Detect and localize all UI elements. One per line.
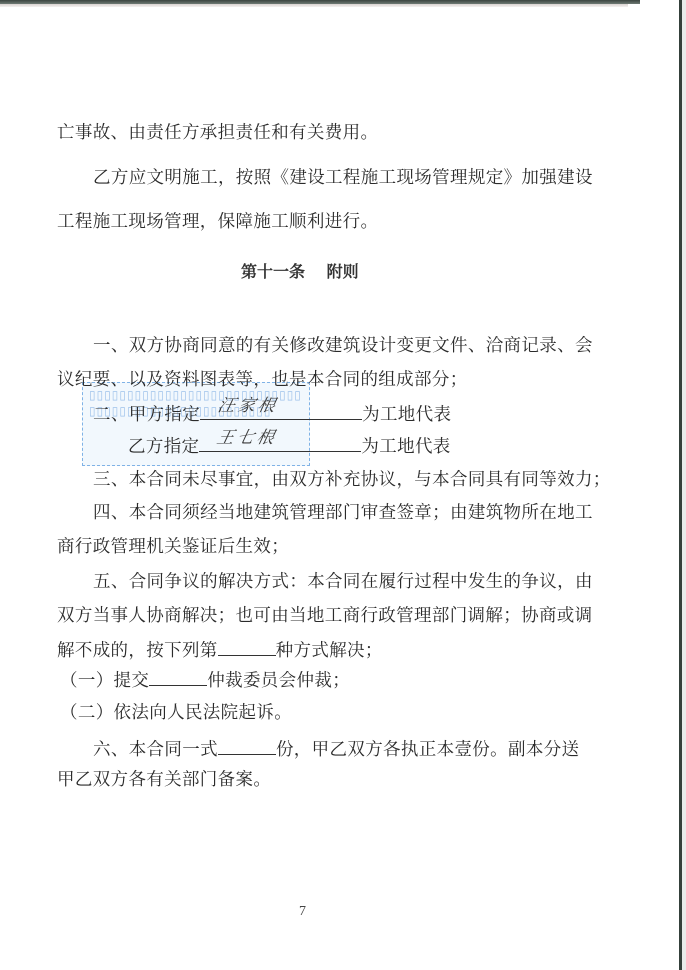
item-one-line2: 议纪要、以及资料图表等，也是本合同的组成部分； [57,369,468,391]
item-five-line1: 五、合同争议的解决方式：本合同在履行过程中发生的争议，由 [93,571,593,593]
arbitration-committee-field[interactable] [149,667,207,686]
site-rep-a-suffix: 为工地代表 [362,405,451,425]
item-five-line3: 解不成的，按下列第种方式解决； [57,637,383,662]
option-court: （二）依法向人民法院起诉。 [60,702,292,724]
dispute-method-suffix: 种方式解决； [276,641,383,661]
copies-label: 六、本合同一式 [93,740,218,760]
signature-party-a: 汪家根 [216,395,281,417]
item-one-line1: 一、双方协商同意的有关修改建筑设计变更文件、洽商记录、会 [93,335,593,357]
site-rep-b-label: 乙方指定 [128,437,199,457]
arbitration-suffix: 仲裁委员会仲裁； [207,671,350,691]
scan-edge [682,0,686,970]
item-six-line1: 六、本合同一式份，甲乙双方各执正本壹份。副本分送 [93,736,579,761]
option-arbitration: （一）提交仲裁委员会仲裁； [60,667,350,692]
paragraph-line: 乙方应文明施工，按照《建设工程施工现场管理规定》加强建设 [93,167,593,189]
paragraph-line: 工程施工现场管理，保障施工顺利进行。 [57,211,378,233]
item-six-line2: 甲乙双方各有关部门备案。 [57,769,271,791]
item-four-line2: 商行政管理机关鉴证后生效； [57,536,289,558]
scan-border-shadow [0,4,628,7]
site-rep-b-suffix: 为工地代表 [361,437,450,457]
signature-party-b: 王七根 [215,427,280,449]
site-rep-a-label: 二、甲方指定 [93,405,200,425]
copies-count-field[interactable] [218,736,276,755]
site-rep-party-a: 二、甲方指定汪家根为工地代表 [93,401,451,426]
item-five-line2: 双方当事人协商解决；也可由当地工商行政管理部门调解；协商或调 [57,605,593,627]
site-rep-party-b: 乙方指定王七根为工地代表 [128,433,451,458]
site-rep-a-field[interactable]: 汪家根 [200,401,362,420]
arbitration-label: （一）提交 [60,671,149,691]
site-rep-b-field[interactable]: 王七根 [199,433,361,452]
copies-suffix: 份，甲乙双方各执正本壹份。副本分送 [276,740,579,760]
dispute-method-label: 解不成的，按下列第 [57,641,218,661]
item-four-line1: 四、本合同须经当地建筑管理部门审查签章；由建筑物所在地工 [93,502,593,524]
section-heading: 第十一条 附则 [241,261,359,283]
item-three: 三、本合同未尽事宜，由双方补充协议，与本合同具有同等效力； [93,469,611,491]
page-number: 7 [299,904,306,920]
dispute-method-field[interactable] [218,637,276,656]
paragraph-line: 亡事故、由责任方承担责任和有关费用。 [57,122,378,144]
